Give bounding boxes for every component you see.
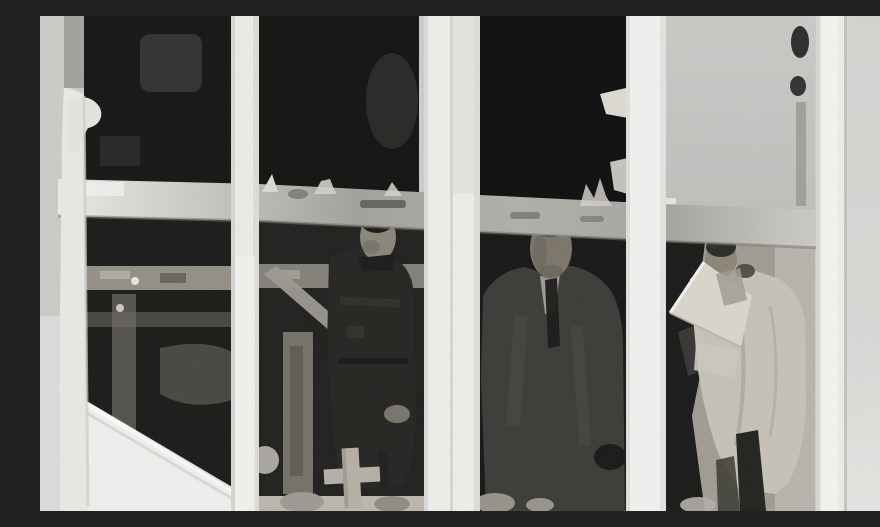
photo-canvas [40,16,880,511]
news-photograph [40,16,880,511]
film-grain [40,16,880,511]
